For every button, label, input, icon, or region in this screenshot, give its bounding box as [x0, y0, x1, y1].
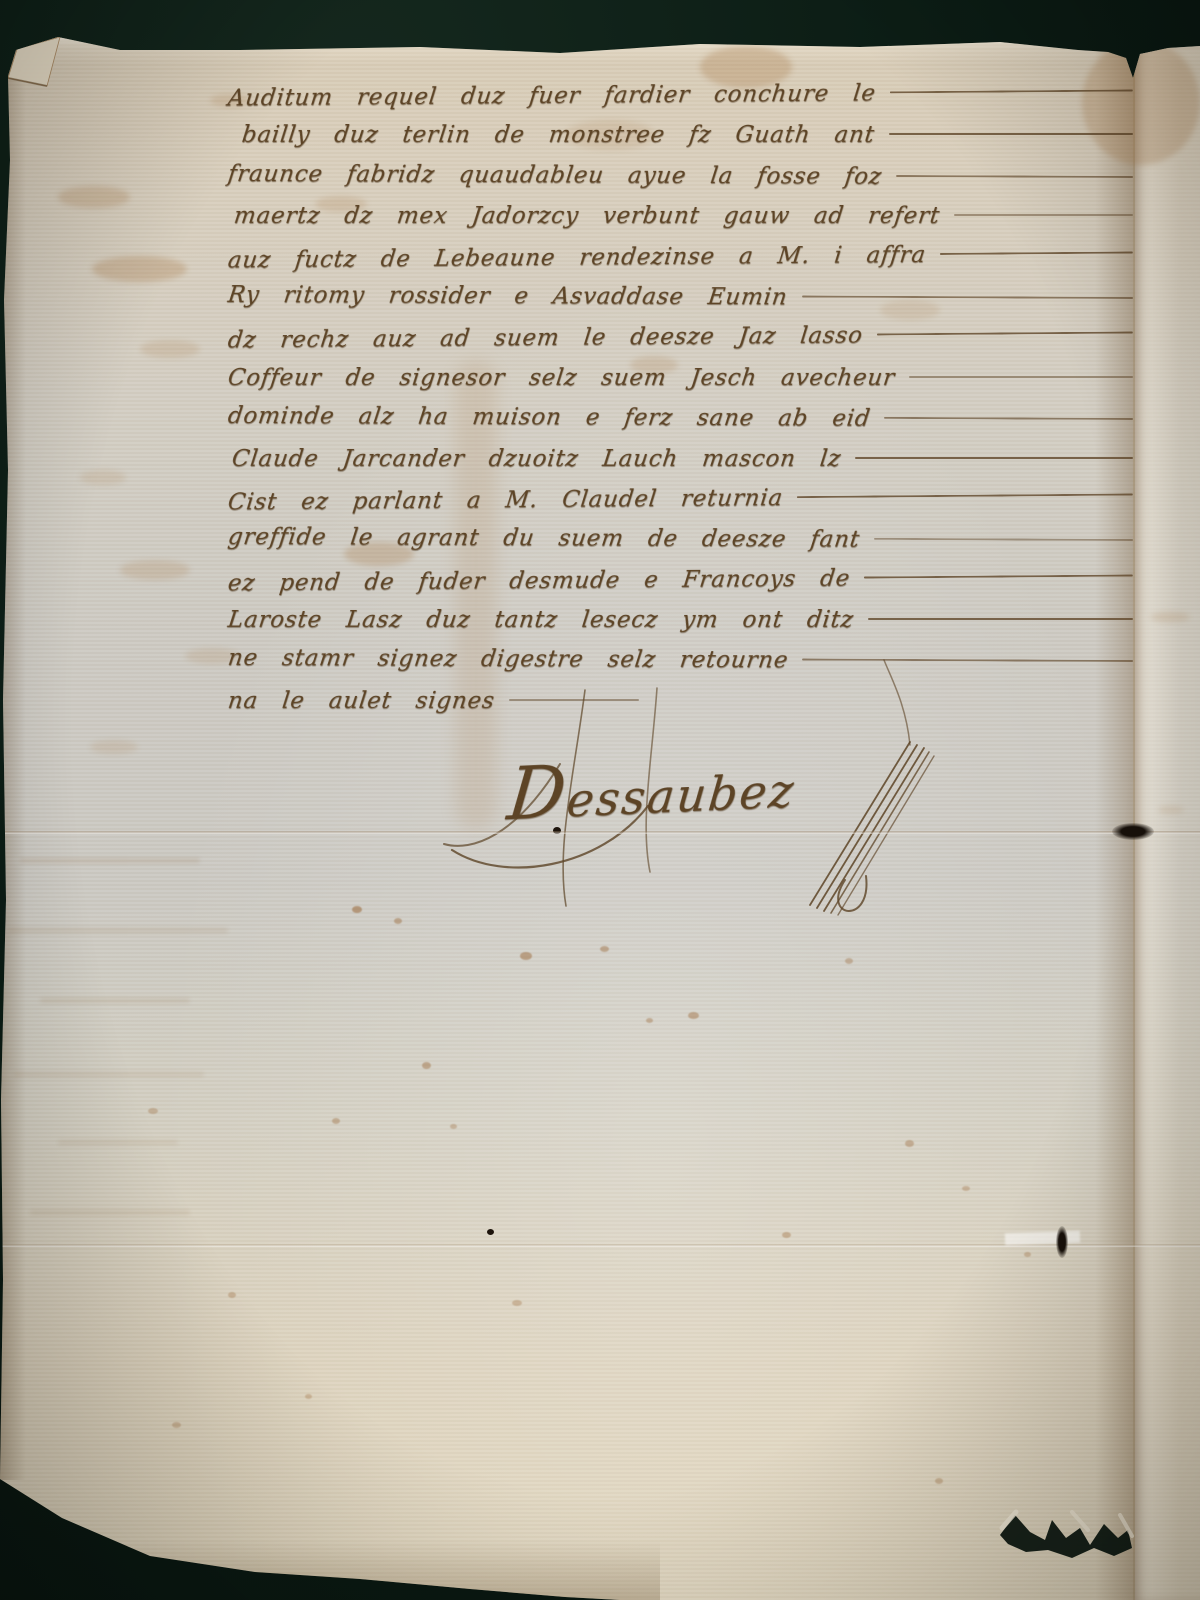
foxing-fleck [905, 1140, 914, 1147]
foxing-fleck [450, 1124, 457, 1129]
handwritten-line: dominde alz ha muison e ferz sane ab eid [228, 403, 1133, 447]
paper-leaf: Auditum requel duz fuer fardier conchure… [0, 0, 1200, 1600]
foxing-fleck [845, 958, 853, 964]
handwritten-line: greffide le agrant du suem de deesze fan… [228, 524, 1133, 568]
ink-rule-stroke [877, 332, 1133, 336]
handwritten-line-text: ez pend de fuder desmude e Francoys de [226, 565, 851, 596]
handwritten-line-text: auz fuctz de Lebeaune rendezinse a M. i … [226, 242, 927, 274]
fold-slit-hole [1056, 1226, 1068, 1258]
fold-slit-hole [1112, 823, 1154, 840]
ink-rule-stroke [509, 699, 639, 701]
handwritten-line-text: ne stamr signez digestre selz retourne [226, 646, 790, 674]
handwritten-text-block: Auditum requel duz fuer fardier conchure… [228, 82, 1133, 728]
handwritten-line: auz fuctz de Lebeaune rendezinse a M. i … [228, 240, 1133, 287]
stain [1158, 806, 1184, 814]
handwritten-line: Cist ez parlant a M. Claudel returnia [228, 482, 1133, 529]
foxing-fleck [332, 1118, 340, 1124]
handwritten-line-text: Claude Jarcander dzuoitz Lauch mascon lz [230, 446, 842, 472]
stain [90, 740, 138, 754]
ink-hole [487, 1229, 494, 1235]
bleedthrough-line [40, 998, 190, 1003]
ink-rule-stroke [896, 175, 1133, 178]
foxing-fleck [782, 1232, 791, 1238]
handwritten-line: Auditum requel duz fuer fardier conchure… [228, 78, 1133, 125]
ink-rule-stroke [802, 659, 1133, 662]
foxing-fleck [600, 946, 609, 952]
handwritten-line-text: Coffeur de signesor selz suem Jesch avec… [226, 365, 896, 391]
bleedthrough-line [8, 928, 228, 933]
handwritten-line-text: Cist ez parlant a M. Claudel returnia [226, 485, 784, 515]
handwritten-line: dz rechz auz ad suem le deesze Jaz lasso [228, 321, 1133, 368]
handwritten-line: maertz dz mex Jadorzcy verbunt gauw ad r… [234, 203, 1133, 243]
signature: Dessaubez [504, 739, 800, 836]
foxing-fleck [172, 1422, 181, 1428]
ink-rule-stroke [884, 417, 1133, 420]
ink-rule-stroke [954, 214, 1133, 216]
handwritten-line-text: Ry ritomy rossider e Asvaddase Eumin [226, 282, 789, 310]
handwritten-line-text: greffide le agrant du suem de deesze fan… [226, 524, 861, 553]
paper-bottom-edge-shadow [0, 1540, 660, 1600]
handwritten-line: ne stamr signez digestre selz retourne [228, 645, 1133, 689]
stain [140, 340, 200, 358]
handwritten-line-text: na le aulet signes [226, 688, 496, 714]
handwritten-line-text: Auditum requel duz fuer fardier conchure… [226, 80, 877, 111]
foxing-fleck [520, 952, 532, 960]
handwritten-line: bailly duz terlin de monstree fz Guath a… [242, 122, 1133, 162]
foxing-fleck [228, 1292, 236, 1298]
handwritten-line-text: fraunce fabridz quaudableu ayue la fosse… [226, 161, 883, 190]
handwritten-line: Claude Jarcander dzuoitz Lauch mascon lz [232, 446, 1133, 486]
paper-top-edge-highlight [0, 34, 1200, 64]
ink-rule-stroke [909, 376, 1133, 378]
foxing-fleck [305, 1394, 312, 1399]
foxing-fleck [394, 918, 402, 924]
bleedthrough-line [14, 1072, 204, 1077]
foxing-fleck [1024, 1252, 1031, 1257]
ink-rule-stroke [890, 89, 1133, 93]
handwritten-line-text: dz rechz auz ad suem le deesze Jaz lasso [226, 323, 864, 354]
bleedthrough-line [30, 1210, 190, 1215]
foxing-fleck [646, 1018, 653, 1023]
foxing-fleck [962, 1186, 970, 1191]
ink-rule-stroke [874, 538, 1133, 541]
foxing-fleck [352, 906, 362, 913]
handwritten-line: ez pend de fuder desmude e Francoys de [228, 563, 1133, 610]
second-leaf-strip [1133, 46, 1200, 1600]
stain [92, 256, 187, 282]
handwritten-line: Coffeur de signesor selz suem Jesch avec… [228, 365, 1133, 405]
handwritten-line: Ry ritomy rossider e Asvaddase Eumin [228, 282, 1133, 326]
ink-rule-stroke [940, 251, 1133, 255]
stain [120, 560, 190, 580]
foxing-fleck [512, 1300, 522, 1306]
ink-rule-stroke [864, 574, 1133, 578]
handwritten-line: fraunce fabridz quaudableu ayue la fosse… [228, 161, 1133, 205]
bleedthrough-line [20, 858, 200, 863]
manuscript-photo: Auditum requel duz fuer fardier conchure… [0, 0, 1200, 1600]
stain [58, 186, 130, 208]
handwritten-line-text: maertz dz mex Jadorzcy verbunt gauw ad r… [232, 203, 941, 229]
handwritten-line: Laroste Lasz duz tantz lesecz ym ont dit… [228, 607, 1133, 647]
ink-rule-stroke [889, 133, 1133, 135]
stain [1150, 612, 1190, 622]
handwritten-line-text: bailly duz terlin de monstree fz Guath a… [240, 122, 876, 148]
foxing-fleck [935, 1478, 943, 1484]
ink-rule-stroke [802, 295, 1133, 298]
foxing-fleck [422, 1062, 431, 1069]
stain [80, 470, 126, 485]
ink-rule-stroke [797, 493, 1133, 498]
bleedthrough-line [58, 1140, 178, 1145]
ink-rule-stroke [855, 457, 1133, 459]
foxing-fleck [148, 1108, 158, 1114]
foxing-fleck [688, 1012, 699, 1019]
ink-rule-stroke [868, 618, 1133, 620]
paper-left-edge-shadow [0, 60, 26, 1480]
horizontal-fold-crease [0, 831, 1200, 834]
handwritten-line-text: dominde alz ha muison e ferz sane ab eid [226, 403, 872, 432]
handwritten-line: na le aulet signes [228, 688, 1133, 728]
handwritten-line-text: Laroste Lasz duz tantz lesecz ym ont dit… [226, 607, 855, 633]
